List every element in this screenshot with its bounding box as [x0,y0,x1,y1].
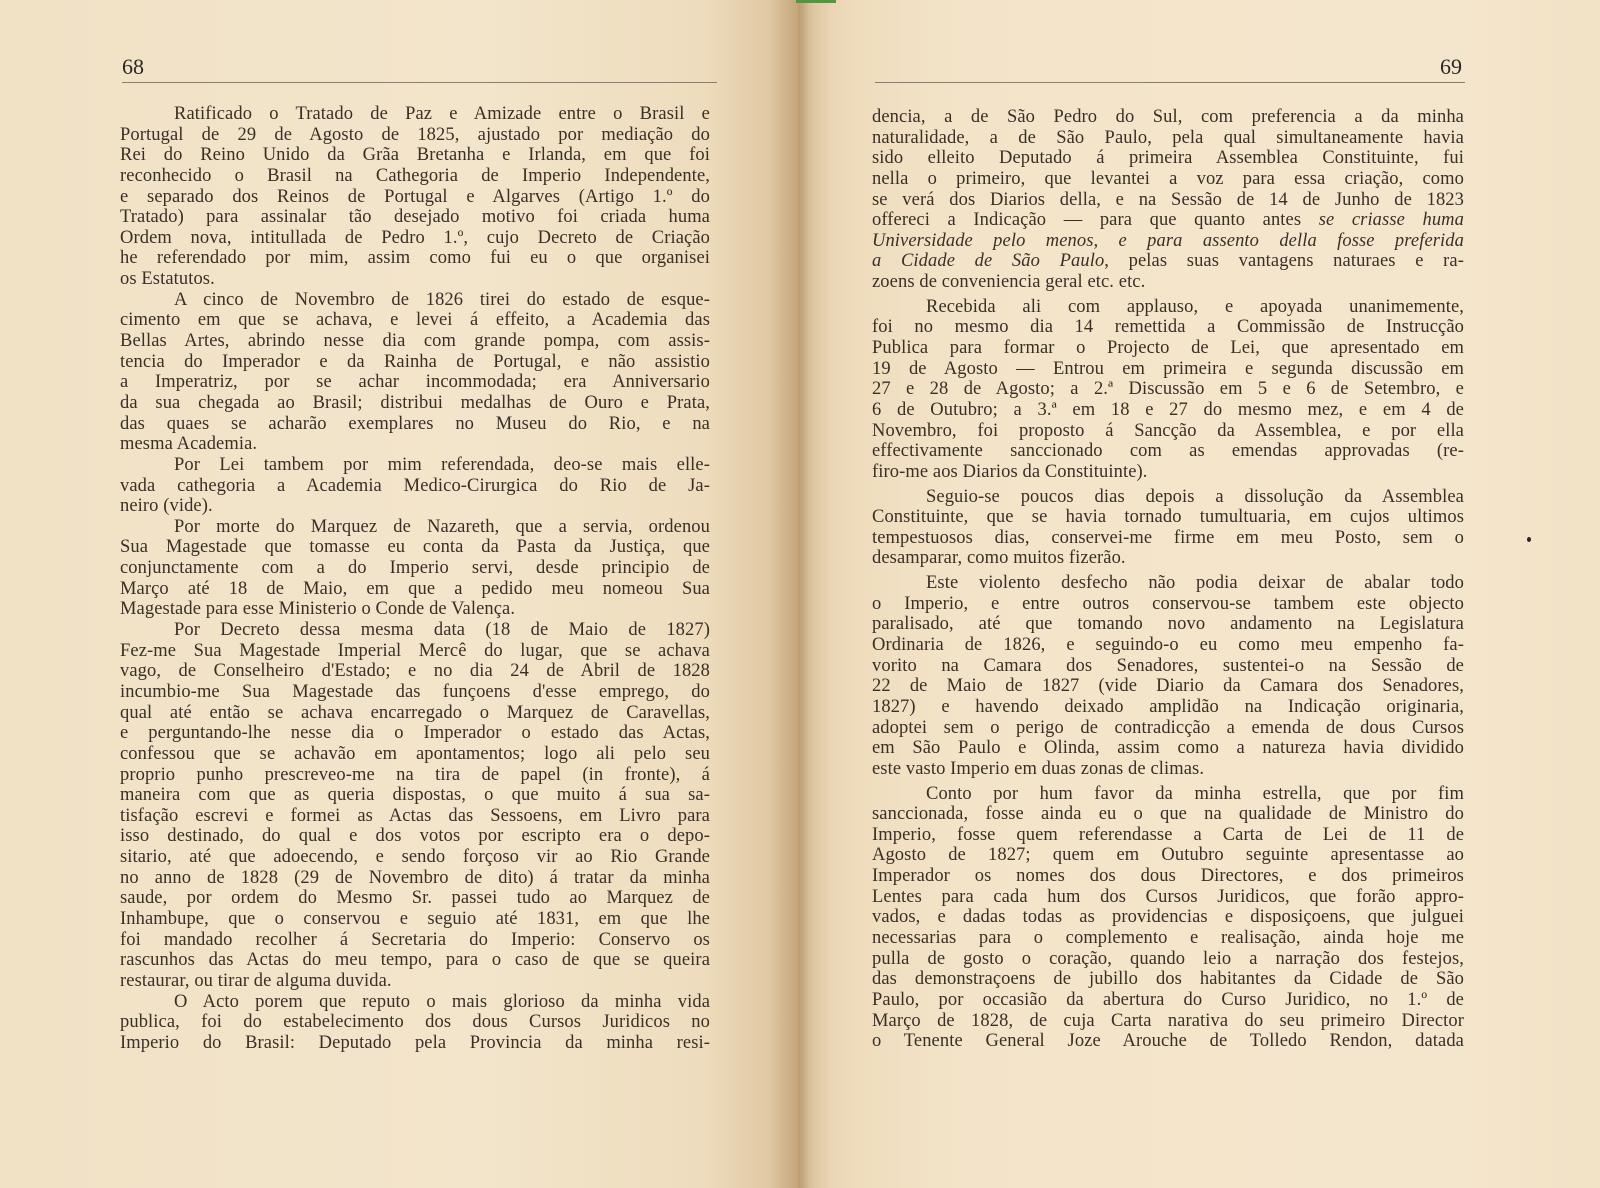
text-line: Imperio do Brasil: Deputado pela Provinc… [120,1033,710,1054]
text-line: a Imperatriz, por se achar incommodada; … [120,372,710,393]
text-line: rascunhos das Actas do meu tempo, para o… [120,950,710,971]
text-line: mesma Academia. [120,434,710,455]
right-page: 69 dencia, a de São Pedro do Sul, com pr… [800,0,1600,1188]
text-line: Ordinaria de 1826, e seguindo-o eu como … [872,635,1464,656]
text-line: Agosto de 1827; quem em Outubro seguinte… [872,845,1464,866]
text-line: tempestuosos dias, conservei-me firme em… [872,528,1464,549]
text-line: da sua chegada ao Brasil; distribui meda… [120,393,710,414]
text-line: Recebida ali com applauso, e apoyada una… [872,297,1464,318]
text-line: reconhecido o Brasil na Cathegoria de Im… [120,166,710,187]
left-page: 68 Ratificado o Tratado de Paz e Amizade… [0,0,800,1188]
text-line: Inhambupe, que o conservou e seguio até … [120,909,710,930]
text-line: 22 de Maio de 1827 (vide Diario da Camar… [872,676,1464,697]
text-line: tisfação escrevi e formei as Actas das S… [120,806,710,827]
text-line: Por Decreto dessa mesma data (18 de Maio… [120,620,710,641]
text-line: isso destinado, do qual e dos votos por … [120,826,710,847]
text-line: Por morte do Marquez de Nazareth, que a … [120,517,710,538]
text-line: vago, de Conselheiro d'Estado; e no dia … [120,661,710,682]
text-line: 27 e 28 de Agosto; a 2.ª Discussão em 5 … [872,379,1464,400]
text-line: Fez-me Sua Magestade Imperial Mercê do l… [120,641,710,662]
text-line: maneira com que as queria dispostas, o q… [120,785,710,806]
text-line: Ordem nova, intitullada de Pedro 1.º, cu… [120,228,710,249]
text-line: Seguio-se poucos dias depois a dissoluçã… [872,487,1464,508]
text-line: incumbio-me Sua Magestade das funçoens d… [120,682,710,703]
text-line: pulla de gosto o coração, quando leio a … [872,949,1464,970]
text-line: este vasto Imperio em duas zonas de clim… [872,759,1464,780]
text-line: 6 de Outubro; a 3.ª em 18 e 27 do mesmo … [872,400,1464,421]
page-number: 68 [122,54,144,80]
text-line: O Acto porem que reputo o mais glorioso … [120,992,710,1013]
text-line: Imperador os nomes dos dous Directores, … [872,866,1464,887]
text-line: o Imperio, e entre outros conservou-se t… [872,594,1464,615]
text-line: Imperio, fosse quem referendasse a Carta… [872,825,1464,846]
italic-text: a Cidade de São Paulo [872,251,1104,271]
text-line: saude, por ordem do Mesmo Sr. passei tud… [120,888,710,909]
text-line: Por Lei tambem por mim referendada, deo-… [120,455,710,476]
text-line: Universidade pelo menos, e para assento … [872,231,1464,252]
text-line: Tratado) para assinalar tão desejado mot… [120,207,710,228]
header-rule [122,82,717,83]
text-line: Março de 1828, de cuja Carta narativa do… [872,1011,1464,1032]
text-line: cimento em que se achava, e levei á effe… [120,310,710,331]
ink-speck [1527,537,1531,542]
text-line: em São Paulo e Olinda, assim como a natu… [872,738,1464,759]
text-line: Sua Magestade que tomasse eu conta da Pa… [120,537,710,558]
text-line: se verá dos Diarios della, e na Sessão d… [872,190,1464,211]
text-line: firo-me aos Diarios da Constituinte). [872,462,1464,483]
text-line: e separado dos Reinos de Portugal e Alga… [120,187,710,208]
text-line: confessou que se achavão em apontamentos… [120,744,710,765]
text-line: adoptei sem o perigo de contradicção a e… [872,718,1464,739]
text-line: paralisado, até que tomando novo andamen… [872,614,1464,635]
text-line: sido elleito Deputado á primeira Assembl… [872,148,1464,169]
text-line: os Estatutos. [120,269,710,290]
italic-text: Universidade pelo menos, e para assento … [872,231,1464,251]
text-line: foi no mesmo dia 14 remettida a Commissã… [872,317,1464,338]
text-line: offereci a Indicação — para que quanto a… [872,210,1464,231]
text-line: Portugal de 29 de Agosto de 1825, ajusta… [120,125,710,146]
text-line: vados, e dadas todas as providencias e d… [872,907,1464,928]
text-line: dencia, a de São Pedro do Sul, com prefe… [872,107,1464,128]
text-line: Este violento desfecho não podia deixar … [872,573,1464,594]
book-spine [770,0,830,1188]
text-line: desamparar, como muitos fizerão. [872,548,1464,569]
text-line: naturalidade, a de São Paulo, pela qual … [872,128,1464,149]
text-line: vada cathegoria a Academia Medico-Cirurg… [120,476,710,497]
text-line: 19 de Agosto — Entrou em primeira e segu… [872,359,1464,380]
bookmark-ribbon [796,0,836,3]
text-line: das demonstraçoens de jubillo dos habita… [872,969,1464,990]
text-line: publica, foi do estabelecimento dos dous… [120,1012,710,1033]
text-line: qual até então se achava encarregado o M… [120,703,710,724]
text-line: nella o primeiro, que levantei a voz par… [872,169,1464,190]
page-number: 69 [1440,54,1462,80]
book-spread: 68 Ratificado o Tratado de Paz e Amizade… [0,0,1600,1188]
text-line: Rei do Reino Unido da Grãa Bretanha e Ir… [120,145,710,166]
text-line: necessarias para o complemento e realisa… [872,928,1464,949]
text-line: neiro (vide). [120,496,710,517]
text-line: Conto por hum favor da minha estrella, q… [872,784,1464,805]
text-line: Constituinte, que se havia tornado tumul… [872,507,1464,528]
text-line: Bellas Artes, abrindo nesse dia com gran… [120,331,710,352]
text-line: restaurar, ou tirar de alguma duvida. [120,971,710,992]
text-line: effectivamente sanccionado com as emenda… [872,441,1464,462]
text-line: o Tenente General Joze Arouche de Tolled… [872,1031,1464,1052]
text-line: no anno de 1828 (29 de Novembro de dito)… [120,868,710,889]
text-line: sitario, até que adoecendo, e sendo forç… [120,847,710,868]
page-body: dencia, a de São Pedro do Sul, com prefe… [872,107,1464,1052]
text-line: Novembro, foi proposto á Sancção da Asse… [872,421,1464,442]
text-line: vorito na Camara dos Senadores, sustente… [872,656,1464,677]
text-line: das quaes se acharão exemplares no Museu… [120,414,710,435]
text-line: tencia do Imperador e da Rainha de Portu… [120,352,710,373]
text-line: proprio punho prescreveo-me na tira de p… [120,765,710,786]
text-line: Março até 18 de Maio, em que a pedido me… [120,579,710,600]
text-line: conjunctamente com a do Imperio servi, d… [120,558,710,579]
page-body: Ratificado o Tratado de Paz e Amizade en… [120,104,710,1053]
text-line: Lentes para cada hum dos Cursos Juridico… [872,887,1464,908]
text-line: a Cidade de São Paulo, pelas suas vantag… [872,251,1464,272]
text-line: Publica para formar o Projecto de Lei, q… [872,338,1464,359]
header-rule [875,82,1465,83]
text-line: Paulo, por occasião da abertura do Curso… [872,990,1464,1011]
text-line: he referendado por mim, assim como fui e… [120,248,710,269]
text-line: foi mandado recolher á Secretaria do Imp… [120,930,710,951]
italic-text: se criasse huma [1319,210,1464,230]
text-line: 1827) e havendo deixado amplidão na Indi… [872,697,1464,718]
text-line: Ratificado o Tratado de Paz e Amizade en… [120,104,710,125]
text-line: Magestade para esse Ministerio o Conde d… [120,599,710,620]
text-line: e perguntando-lhe nesse dia o Imperador … [120,723,710,744]
text-line: A cinco de Novembro de 1826 tirei do est… [120,290,710,311]
text-line: sanccionada, fosse ainda eu o que na qua… [872,804,1464,825]
text-line: zoens de conveniencia geral etc. etc. [872,272,1464,293]
